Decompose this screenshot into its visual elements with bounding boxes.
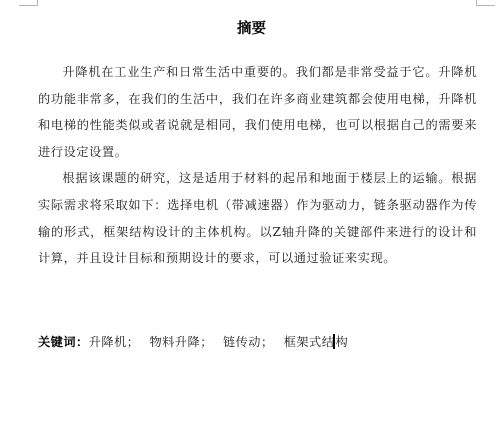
page-corner-mark-left [19,0,38,6]
keyword-item: 框架式结 [284,335,335,349]
keywords-label: 关键词： [38,335,89,349]
page-corner-mark-right [476,0,495,6]
abstract-body[interactable]: 升降机在工业生产和日常生活中重要的。我们都是非常受益于它。升降机的功能非常多，在… [38,59,477,272]
keyword-item: 物料升降； [150,335,213,349]
keyword-item: 升降机； [89,335,140,349]
keyword-item-tail: 构 [335,335,348,349]
keyword-item: 链传动； [223,335,274,349]
abstract-paragraph-2[interactable]: 根据该课题的研究，这是适用于材料的起吊和地面于楼层上的运输。根据实际需求将采取如… [38,165,477,271]
abstract-title: 摘要 [0,17,503,38]
keywords-line[interactable]: 关键词：升降机；物料升降；链传动；框架式结构 [38,331,348,353]
abstract-paragraph-1[interactable]: 升降机在工业生产和日常生活中重要的。我们都是非常受益于它。升降机的功能非常多，在… [38,59,477,165]
